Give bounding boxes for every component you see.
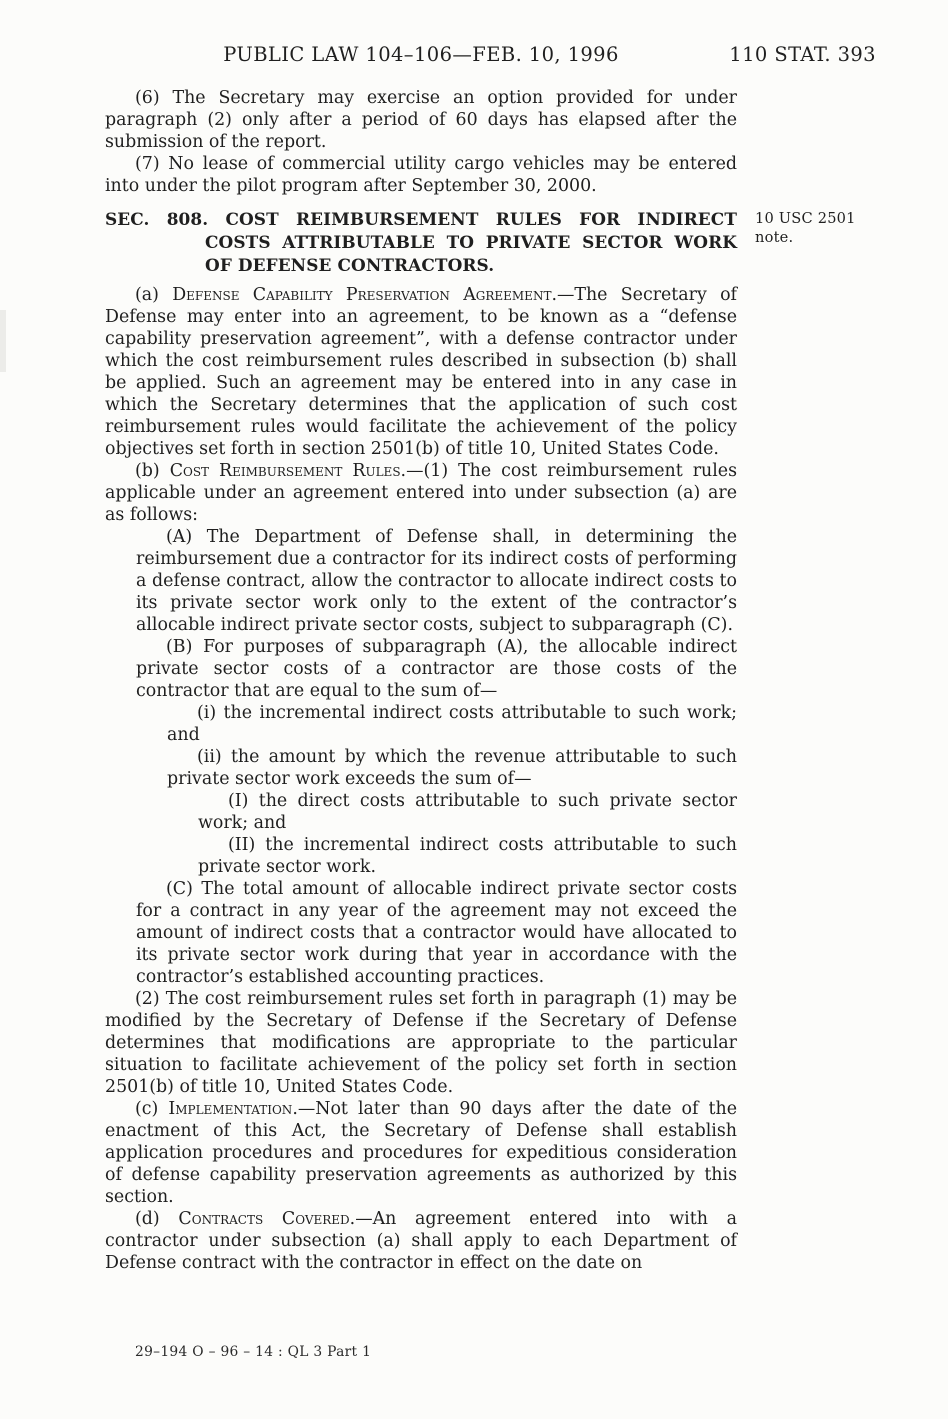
subparagraph-B: (B) For purposes of subparagraph (A), th… (136, 636, 737, 702)
text-run: (I) the direct costs attributable to suc… (198, 791, 737, 833)
text-run: (C) The total amount of allocable indire… (136, 879, 737, 987)
subparagraph-C: (C) The total amount of allocable indire… (136, 878, 737, 988)
text-run: (A) The Department of Defense shall, in … (136, 527, 737, 635)
page-header-title: PUBLIC LAW 104–106—FEB. 10, 1996 (105, 43, 737, 66)
smallcaps-run: Contracts Covered (178, 1209, 349, 1229)
text-run: (II) the incremental indirect costs attr… (198, 835, 737, 877)
clause-ii: (ii) the amount by which the revenue att… (167, 746, 737, 790)
clause-i: (i) the incremental indirect costs attri… (167, 702, 737, 746)
smallcaps-run: Defense Capability Preservation Agreemen… (172, 285, 551, 305)
text-run: .—The Secretary of Defense may enter int… (105, 285, 737, 459)
text-run: (c) (135, 1099, 168, 1119)
subsection-a: (a) Defense Capability Preservation Agre… (105, 284, 737, 460)
text-run: (i) the incremental indirect costs attri… (167, 703, 737, 745)
text-run: (6) The Secretary may exercise an option… (105, 88, 737, 152)
subclause-II: (II) the incremental indirect costs attr… (198, 834, 737, 878)
subsection-c: (c) Implementation.—Not later than 90 da… (105, 1098, 737, 1208)
page-footer-print-code: 29–194 O – 96 – 14 : QL 3 Part 1 (135, 1344, 371, 1360)
text-run: (2) The cost reimbursement rules set for… (105, 989, 737, 1097)
text-run: SEC. 808. COST REIMBURSEMENT RULES FOR I… (105, 209, 737, 275)
text-run: (B) For purposes of subparagraph (A), th… (136, 637, 737, 701)
paragraph-6: (6) The Secretary may exercise an option… (105, 87, 737, 153)
subclause-I: (I) the direct costs attributable to suc… (198, 790, 737, 834)
document-page: PUBLIC LAW 104–106—FEB. 10, 1996 110 STA… (0, 0, 948, 1419)
smallcaps-run: Implementation (168, 1099, 292, 1119)
text-run: (7) No lease of commercial utility cargo… (105, 154, 737, 196)
subsection-d: (d) Contracts Covered.—An agreement ente… (105, 1208, 737, 1274)
margin-note: 10 USC 2501 note. (755, 210, 890, 247)
text-run: (b) (135, 461, 170, 481)
subparagraph-A: (A) The Department of Defense shall, in … (136, 526, 737, 636)
smallcaps-run: Cost Reimbursement Rules (170, 461, 401, 481)
statute-body: (6) The Secretary may exercise an option… (105, 87, 737, 1274)
text-run: (d) (135, 1209, 178, 1229)
page-header-stat-number: 110 STAT. 393 (729, 43, 876, 66)
subsection-b: (b) Cost Reimbursement Rules.—(1) The co… (105, 460, 737, 526)
paragraph-7: (7) No lease of commercial utility cargo… (105, 153, 737, 197)
section-808-heading: SEC. 808. COST REIMBURSEMENT RULES FOR I… (105, 208, 737, 277)
text-run: (a) (135, 285, 172, 305)
paragraph-b2: (2) The cost reimbursement rules set for… (105, 988, 737, 1098)
scan-artifact (0, 310, 6, 372)
text-run: (ii) the amount by which the revenue att… (167, 747, 737, 789)
